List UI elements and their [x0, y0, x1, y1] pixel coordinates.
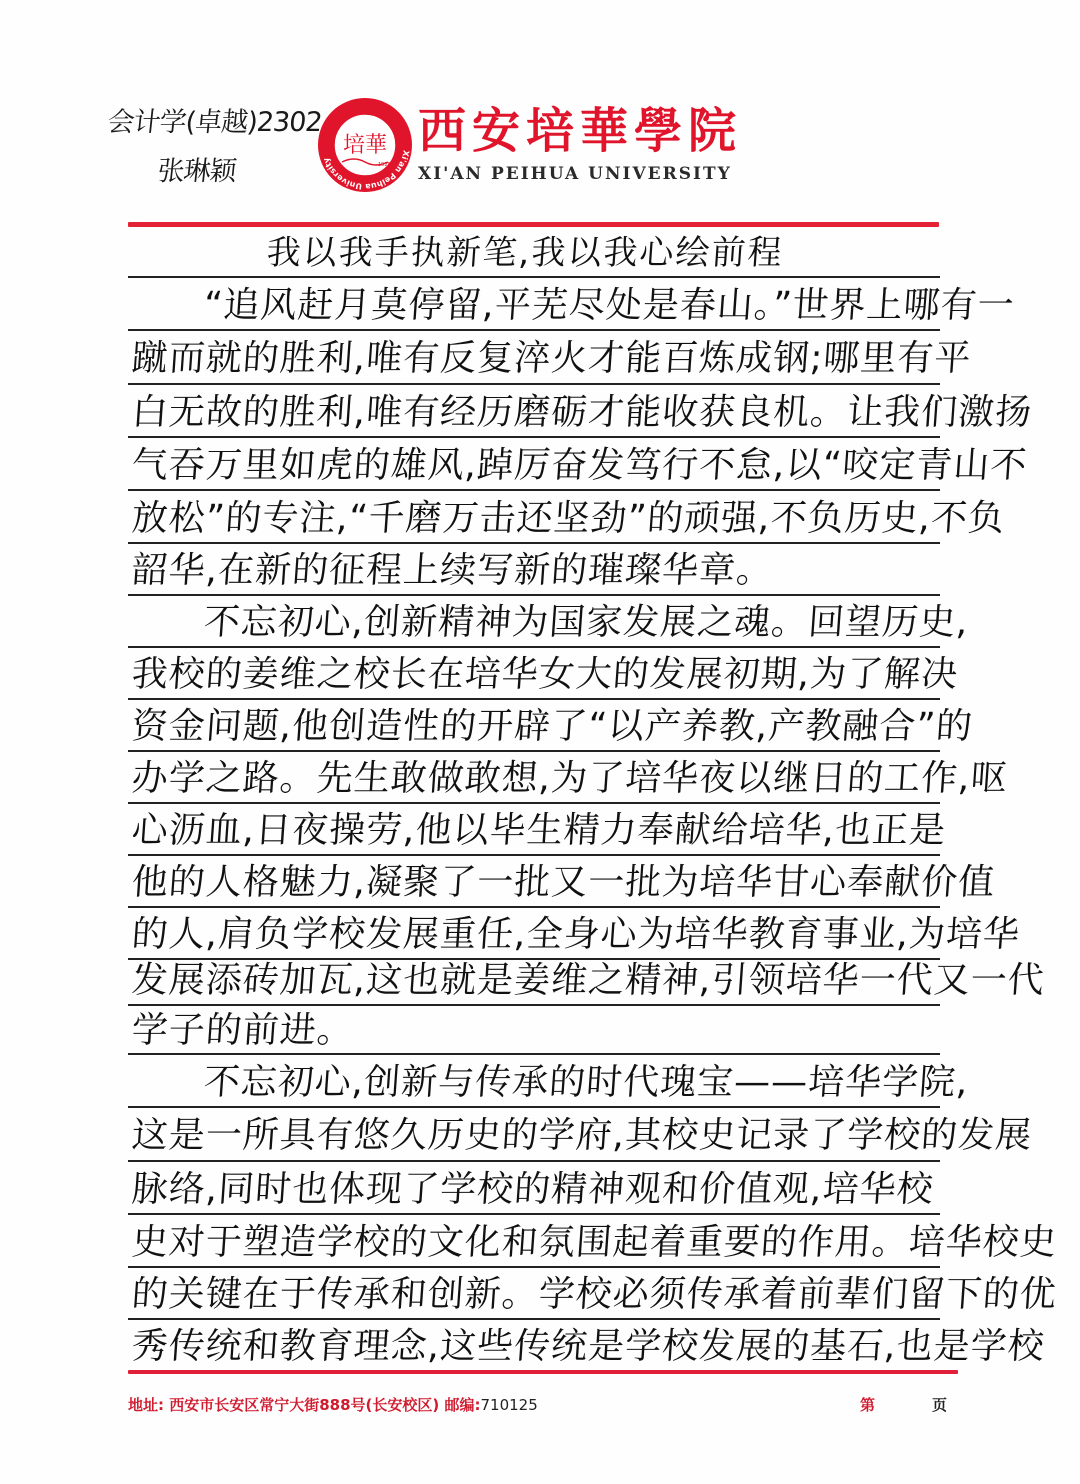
seal-year: 1928 — [378, 162, 391, 168]
zip-label: 邮编: — [445, 1396, 481, 1414]
author-name: 张琳颖 — [156, 149, 310, 188]
essay-line: 不忘初心,创新精神为国家发展之魂。回望历史, — [130, 598, 953, 648]
essay-line: 心沥血,日夜操劳,他以毕生精力奉献给培华,也正是 — [130, 806, 953, 856]
essay-line: 我校的姜维之校长在培华女大的发展初期,为了解决 — [130, 650, 953, 700]
address-label: 地址: — [128, 1396, 164, 1414]
essay-line: 放松”的专注,“千磨万击还坚劲”的顽强,不负历史,不负 — [130, 494, 953, 544]
author-class: 会计学(卓越)2302 — [106, 100, 310, 139]
essay-line: 脉络,同时也体现了学校的精神观和价值观,培华校 — [130, 1165, 953, 1215]
letterhead-footer: 地址: 西安市长安区常宁大街888号(长安校区) 邮编:710125 第 页 — [128, 1394, 958, 1418]
university-seal-icon: Xi'an Peihua University 培華 1928 — [316, 96, 414, 194]
university-name-cn: 西安培華學院 — [418, 102, 758, 160]
page-number-suffix: 页 — [932, 1394, 947, 1415]
essay-line: 学子的前进。 — [130, 1006, 953, 1056]
essay-line: 秀传统和教育理念,这些传统是学校发展的基石,也是学校 — [130, 1322, 953, 1372]
letterhead-page: 会计学(卓越)2302 张琳颖 Xi'an Peihua University … — [0, 0, 1080, 1484]
essay-line: 的人,肩负学校发展重任,全身心为培华教育事业,为培华 — [130, 910, 953, 960]
essay-line: 发展添砖加瓦,这也就是姜维之精神,引领培华一代又一代 — [130, 956, 953, 1006]
essay-line: 不忘初心,创新与传承的时代瑰宝——培华学院, — [130, 1058, 953, 1108]
header-red-rule — [128, 222, 939, 227]
author-block: 会计学(卓越)2302 张琳颖 — [108, 100, 308, 188]
essay-title: 我以我手执新笔,我以我心绘前程 — [265, 228, 1080, 278]
zip-value: 710125 — [481, 1396, 538, 1414]
essay-line: 史对于塑造学校的文化和氛围起着重要的作用。培华校史 — [130, 1218, 953, 1268]
page-number-label: 第 — [860, 1394, 875, 1415]
address-value: 西安市长安区常宁大街888号(长安校区) — [169, 1396, 439, 1414]
essay-line: 他的人格魅力,凝聚了一批又一批为培华甘心奉献价值 — [130, 858, 953, 908]
essay-line: 韶华,在新的征程上续写新的璀璨华章。 — [130, 546, 953, 596]
university-name-en: XI'AN PEIHUA UNIVERSITY — [418, 164, 758, 184]
essay-line: 资金问题,他创造性的开辟了“以产养教,产教融合”的 — [130, 702, 953, 752]
essay-line: 气吞万里如虎的雄风,踔厉奋发笃行不怠,以“咬定青山不 — [130, 441, 953, 491]
essay-line: 蹴而就的胜利,唯有反复淬火才能百炼成钢;哪里有平 — [130, 334, 953, 384]
essay-line: 办学之路。先生敢做敢想,为了培华夜以继日的工作,呕 — [130, 754, 953, 804]
university-wordmark: 西安培華學院 XI'AN PEIHUA UNIVERSITY — [418, 102, 758, 184]
essay-line: “追风赶月莫停留,平芜尽处是春山。”世界上哪有一 — [130, 281, 953, 331]
essay-line: 这是一所具有悠久历史的学府,其校史记录了学校的发展 — [130, 1111, 953, 1161]
essay-line: 白无故的胜利,唯有经历磨砺才能收获良机。让我们激扬 — [130, 388, 953, 438]
seal-inner-text: 培華 — [343, 133, 387, 158]
essay-line: 的关键在于传承和创新。学校必须传承着前辈们留下的优 — [130, 1270, 953, 1320]
